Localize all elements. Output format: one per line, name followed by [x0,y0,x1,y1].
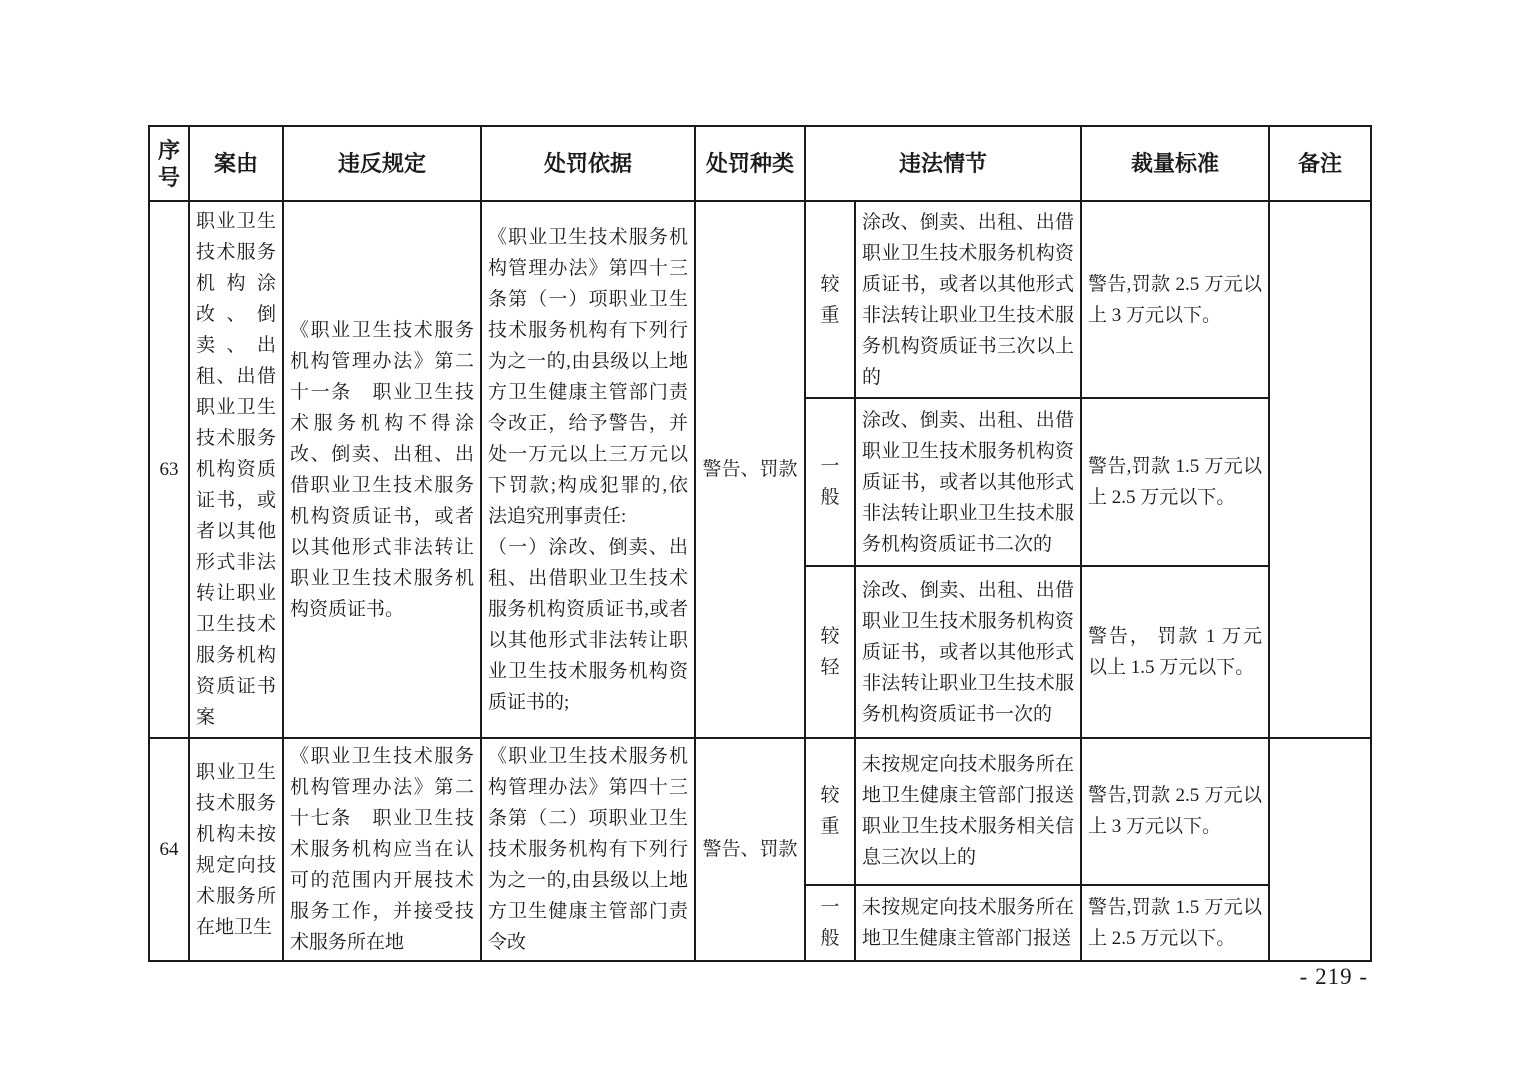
cell-basis-63: 《职业卫生技术服务机构管理办法》第四十三条第（一）项职业卫生技术服务机构有下列行… [481,201,695,738]
cell-penalty-type-64: 警告、罚款 [695,738,805,961]
cell-cause-63: 职业卫生技术服务机构涂改、倒卖、出租、出借职业卫生技术服务机构资质证书，或者以其… [189,201,283,738]
header-violation: 违反规定 [283,126,481,201]
cell-standard-63-2: 警告,罚款 1.5 万元以上 2.5 万元以下。 [1081,398,1269,566]
cell-no-64: 64 [149,738,189,961]
header-circumstance: 违法情节 [805,126,1081,201]
penalty-discretion-table: 序号 案由 违反规定 处罚依据 处罚种类 违法情节 裁量标准 备注 63 职业卫… [148,125,1372,962]
cell-circumstance-63-1: 涂改、倒卖、出租、出借职业卫生技术服务机构资质证书，或者以其他形式非法转让职业卫… [855,201,1081,398]
cell-no-63: 63 [149,201,189,738]
header-penalty-type: 处罚种类 [695,126,805,201]
cell-severity-63-1: 较重 [805,201,855,398]
header-standard: 裁量标准 [1081,126,1269,201]
cell-circumstance-64-1: 未按规定向技术服务所在地卫生健康主管部门报送职业卫生技术服务相关信息三次以上的 [855,738,1081,885]
cell-penalty-type-63: 警告、罚款 [695,201,805,738]
cell-remark-63 [1269,201,1371,738]
cell-violation-63: 《职业卫生技术服务机构管理办法》第二十一条 职业卫生技术服务机构不得涂改、倒卖、… [283,201,481,738]
table-row: 63 职业卫生技术服务机构涂改、倒卖、出租、出借职业卫生技术服务机构资质证书，或… [149,201,1371,398]
table-header-row: 序号 案由 违反规定 处罚依据 处罚种类 违法情节 裁量标准 备注 [149,126,1371,201]
cell-standard-63-1: 警告,罚款 2.5 万元以上 3 万元以下。 [1081,201,1269,398]
cell-standard-64-1: 警告,罚款 2.5 万元以上 3 万元以下。 [1081,738,1269,885]
cell-severity-63-3: 较轻 [805,566,855,738]
cell-standard-63-3: 警告， 罚款 1 万元以上 1.5 万元以下。 [1081,566,1269,738]
document-page: 序号 案由 违反规定 处罚依据 处罚种类 违法情节 裁量标准 备注 63 职业卫… [0,0,1520,1074]
page-number: - 219 - [1300,964,1368,990]
cell-circumstance-63-2: 涂改、倒卖、出租、出借职业卫生技术服务机构资质证书，或者以其他形式非法转让职业卫… [855,398,1081,566]
header-cause: 案由 [189,126,283,201]
cell-standard-64-2: 警告,罚款 1.5 万元以上 2.5 万元以下。 [1081,885,1269,961]
cell-circumstance-63-3: 涂改、倒卖、出租、出借职业卫生技术服务机构资质证书，或者以其他形式非法转让职业卫… [855,566,1081,738]
cell-remark-64 [1269,738,1371,961]
cell-severity-63-2: 一般 [805,398,855,566]
cell-severity-64-2: 一般 [805,885,855,961]
cell-violation-64: 《职业卫生技术服务机构管理办法》第二十七条 职业卫生技术服务机构应当在认可的范围… [283,738,481,961]
header-basis: 处罚依据 [481,126,695,201]
header-remark: 备注 [1269,126,1371,201]
cell-cause-64: 职业卫生技术服务机构未按规定向技术服务所在地卫生 [189,738,283,961]
cell-severity-64-1: 较重 [805,738,855,885]
cell-basis-64: 《职业卫生技术服务机构管理办法》第四十三条第（二）项职业卫生技术服务机构有下列行… [481,738,695,961]
cell-circumstance-64-2: 未按规定向技术服务所在地卫生健康主管部门报送 [855,885,1081,961]
header-no: 序号 [149,126,189,201]
table-row: 64 职业卫生技术服务机构未按规定向技术服务所在地卫生 《职业卫生技术服务机构管… [149,738,1371,885]
